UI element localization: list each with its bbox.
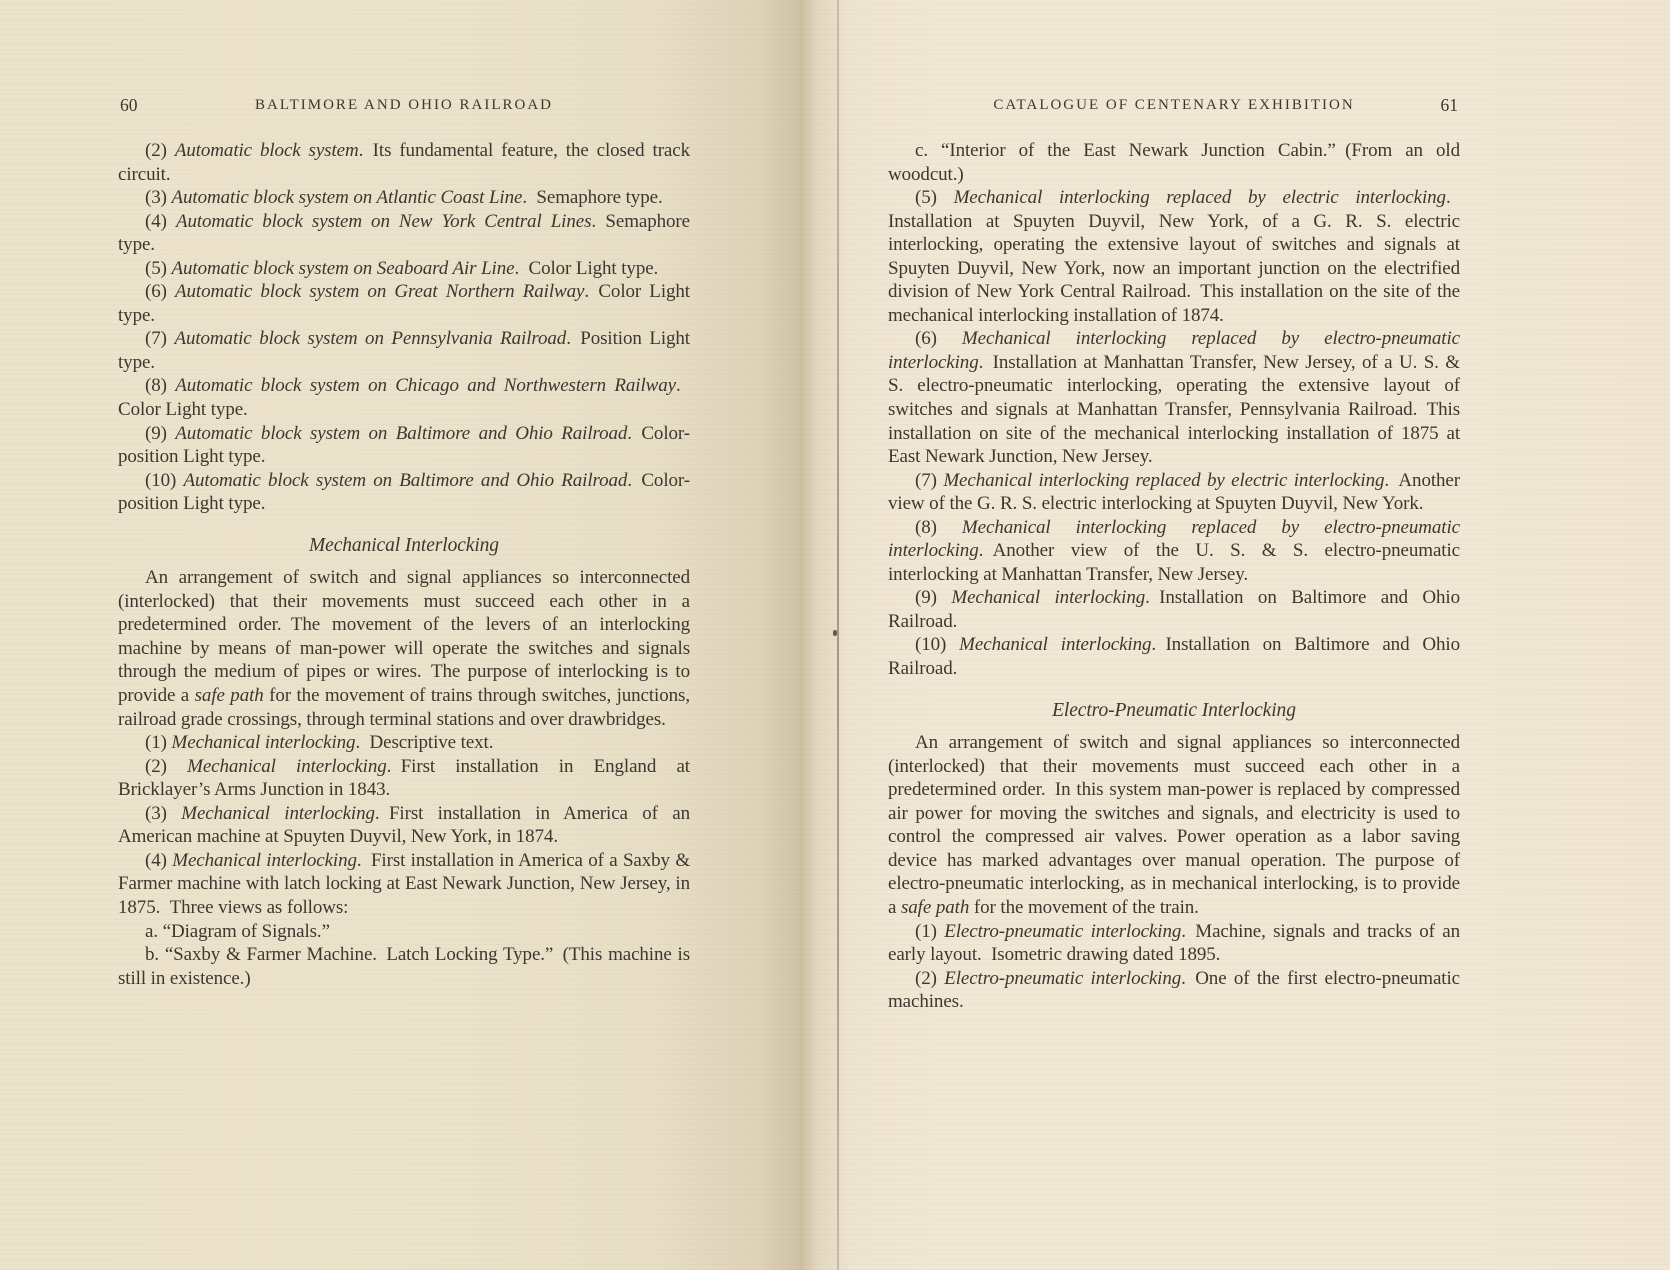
right-page-number: 61 — [1441, 94, 1459, 116]
paragraph: (4) Automatic block system on New York C… — [118, 210, 690, 257]
paragraph: b. “Saxby & Farmer Machine. Latch Lockin… — [118, 943, 690, 990]
paragraph: (1) Mechanical interlocking. Descriptive… — [118, 731, 690, 755]
paragraph: (6) Mechanical interlocking replaced by … — [888, 327, 1460, 468]
paragraph: (6) Automatic block system on Great Nort… — [118, 280, 690, 327]
left-running-head: 60 BALTIMORE AND OHIO RAILROAD — [118, 94, 690, 116]
paragraph: (5) Mechanical interlocking replaced by … — [888, 186, 1460, 327]
right-running-head: CATALOGUE OF CENTENARY EXHIBITION 61 — [888, 94, 1460, 116]
paragraph: c. “Interior of the East Newark Junction… — [888, 139, 1460, 186]
paragraph: (10) Mechanical interlocking. Installati… — [888, 633, 1460, 680]
section-heading: Electro-Pneumatic Interlocking — [888, 699, 1460, 723]
paragraph: (10) Automatic block system on Baltimore… — [118, 469, 690, 516]
book-gutter-shadow — [837, 0, 839, 1270]
paragraph: (1) Electro-pneumatic interlocking. Mach… — [888, 920, 1460, 967]
left-running-title: BALTIMORE AND OHIO RAILROAD — [118, 94, 690, 116]
paragraph: An arrangement of switch and signal appl… — [118, 566, 690, 731]
gutter-speck — [833, 630, 837, 636]
paragraph: (3) Mechanical interlocking. First insta… — [118, 802, 690, 849]
paragraph: (5) Automatic block system on Seaboard A… — [118, 257, 690, 281]
paragraph: (7) Automatic block system on Pennsylvan… — [118, 327, 690, 374]
section-heading: Mechanical Interlocking — [118, 534, 690, 558]
paragraph: (8) Mechanical interlocking replaced by … — [888, 516, 1460, 587]
paragraph: (9) Mechanical interlocking. Installatio… — [888, 586, 1460, 633]
paragraph: (2) Electro-pneumatic interlocking. One … — [888, 967, 1460, 1014]
paragraph: (2) Automatic block system. Its fundamen… — [118, 139, 690, 186]
paragraph: (4) Mechanical interlocking. First insta… — [118, 849, 690, 920]
paragraph: (2) Mechanical interlocking. First insta… — [118, 755, 690, 802]
paragraph: (9) Automatic block system on Baltimore … — [118, 422, 690, 469]
left-page-number: 60 — [120, 94, 138, 116]
paragraph: (8) Automatic block system on Chicago an… — [118, 374, 690, 421]
left-page-body: (2) Automatic block system. Its fundamen… — [118, 139, 690, 990]
right-running-title: CATALOGUE OF CENTENARY EXHIBITION — [888, 94, 1460, 116]
paragraph: (7) Mechanical interlocking replaced by … — [888, 469, 1460, 516]
paragraph: An arrangement of switch and signal appl… — [888, 731, 1460, 919]
paragraph: a. “Diagram of Signals.” — [118, 920, 690, 944]
right-page-body: c. “Interior of the East Newark Junction… — [888, 139, 1460, 1014]
paragraph: (3) Automatic block system on Atlantic C… — [118, 186, 690, 210]
